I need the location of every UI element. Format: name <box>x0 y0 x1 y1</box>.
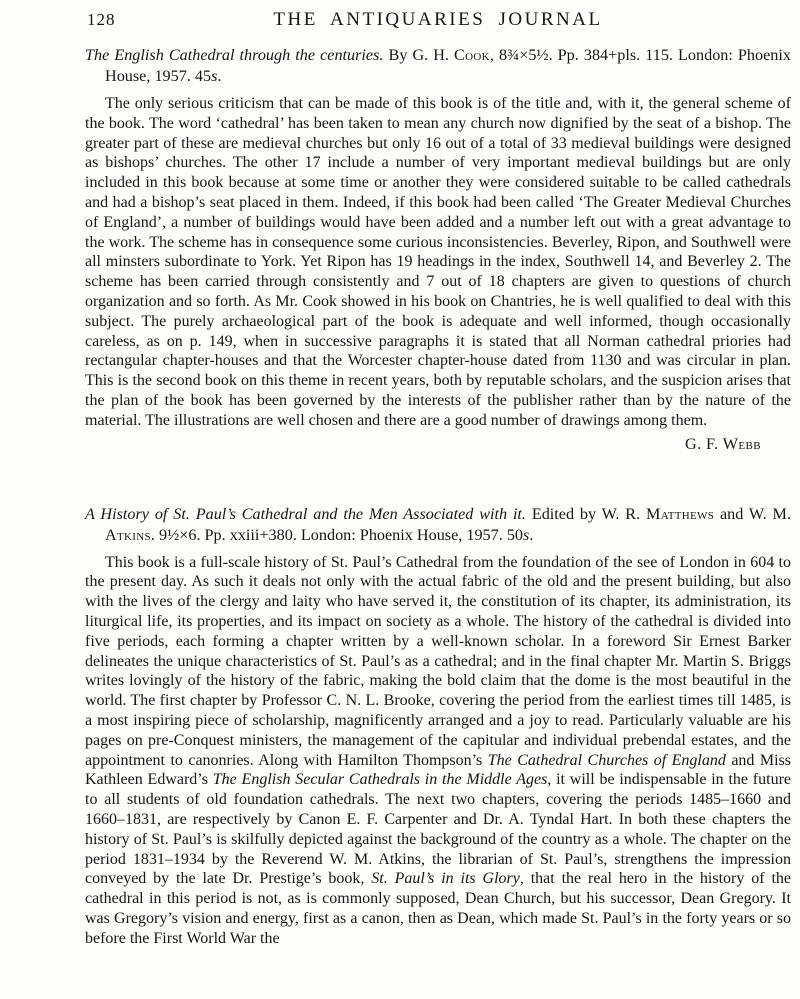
review-paragraph: This book is a full-scale history of St.… <box>85 553 791 949</box>
journal-page: 128 THE ANTIQUARIES JOURNAL The English … <box>0 0 800 999</box>
type-area: 128 THE ANTIQUARIES JOURNAL The English … <box>85 8 791 948</box>
review-paragraph: The only serious criticism that can be m… <box>85 94 791 431</box>
reviewer-signature: G. F. Webb <box>85 434 791 454</box>
review-citation: A History of St. Paul’s Cathedral and th… <box>85 504 791 546</box>
book-review-english-cathedral: The English Cathedral through the centur… <box>85 45 791 454</box>
page-number: 128 <box>87 10 116 30</box>
journal-title: THE ANTIQUARIES JOURNAL <box>85 8 791 31</box>
page-header: 128 THE ANTIQUARIES JOURNAL <box>85 8 791 34</box>
review-citation: The English Cathedral through the centur… <box>85 45 791 87</box>
book-review-st-pauls: A History of St. Paul’s Cathedral and th… <box>85 504 791 949</box>
